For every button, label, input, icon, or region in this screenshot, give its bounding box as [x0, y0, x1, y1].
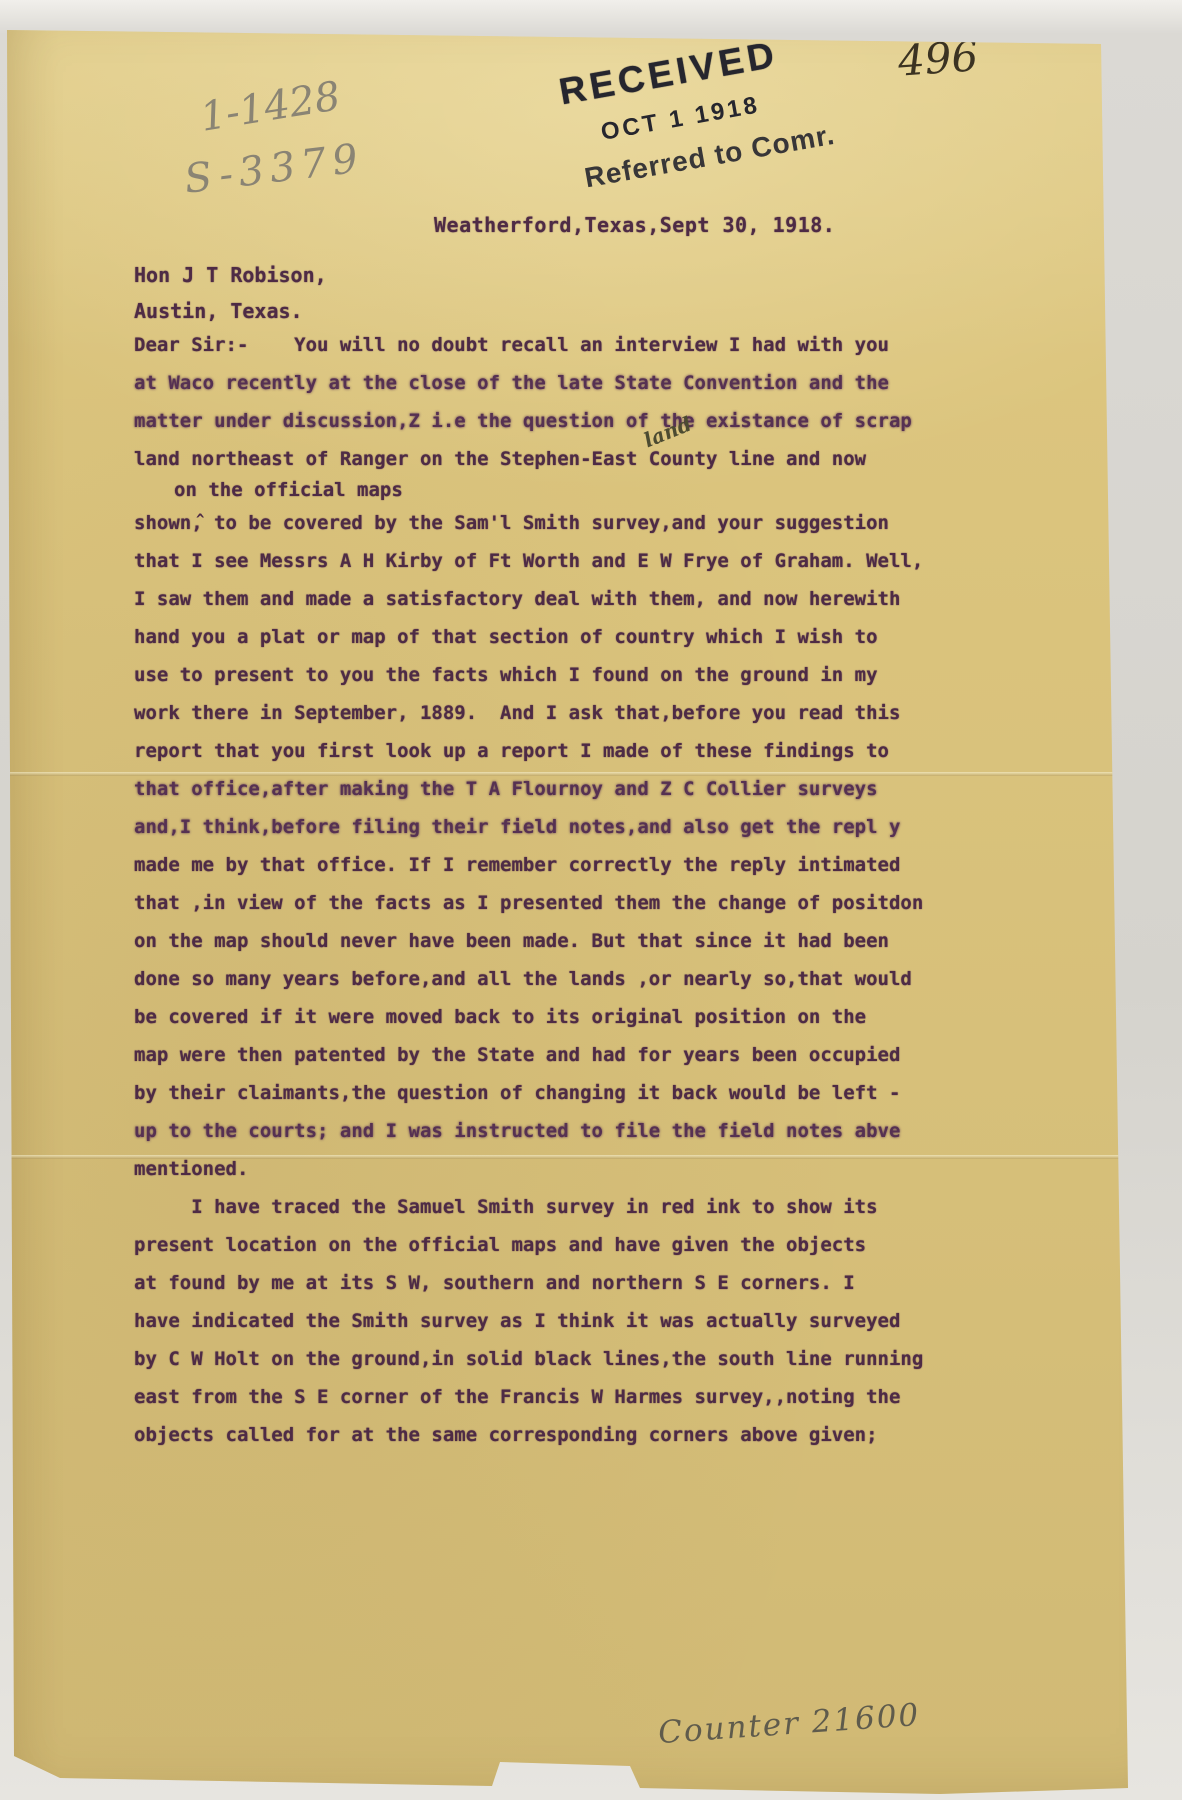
received-stamp: RECEIVED OCT 1 1918 Referred to Comr.	[556, 26, 837, 196]
body-line: matter under discussion,Z i.e the questi…	[134, 402, 923, 440]
body-line: at found by me at its S W, southern and …	[134, 1264, 923, 1302]
body-line: shown, to be covered by the Sam'l Smith …	[134, 504, 923, 542]
body-line: be covered if it were moved back to its …	[134, 998, 923, 1036]
handwritten-counter-note: Counter 21600	[657, 1697, 921, 1751]
body-line: land northeast of Ranger on the Stephen-…	[134, 440, 923, 478]
body-line: and,I think,before filing their field no…	[134, 808, 923, 846]
body-line: Dear Sir:- You will no doubt recall an i…	[134, 326, 923, 364]
body-line: by their claimants,the question of chang…	[134, 1074, 923, 1112]
body-line: on the official maps	[134, 478, 923, 504]
recipient-name: Hon J T Robison,	[134, 257, 327, 293]
body-line: that office,after making the T A Flourno…	[134, 770, 923, 808]
body-line: east from the S E corner of the Francis …	[134, 1378, 923, 1416]
body-line: I have traced the Samuel Smith survey in…	[134, 1188, 923, 1226]
body-line: objects called for at the same correspon…	[134, 1416, 923, 1454]
body-line: at Waco recently at the close of the lat…	[134, 364, 923, 402]
body-line: have indicated the Smith survey as I thi…	[134, 1302, 923, 1340]
body-line: work there in September, 1889. And I ask…	[134, 694, 923, 732]
scanned-letter-page: RECEIVED OCT 1 1918 Referred to Comr. 49…	[0, 0, 1182, 1800]
insertion-caret: ^	[196, 512, 204, 528]
body-line: that I see Messrs A H Kirby of Ft Worth …	[134, 542, 923, 580]
handwritten-file-code-1: 1-1428	[197, 73, 343, 140]
body-line: by C W Holt on the ground,in solid black…	[134, 1340, 923, 1378]
recipient-city: Austin, Texas.	[134, 293, 327, 329]
recipient-address: Hon J T Robison, Austin, Texas.	[134, 257, 327, 329]
body-line: up to the courts; and I was instructed t…	[134, 1112, 923, 1150]
letter-dateline: Weatherford,Texas,Sept 30, 1918.	[434, 213, 835, 237]
body-line: that ,in view of the facts as I presente…	[134, 884, 923, 922]
paper-sheet: RECEIVED OCT 1 1918 Referred to Comr. 49…	[0, 0, 1182, 1800]
body-line: hand you a plat or map of that section o…	[134, 618, 923, 656]
body-line: present location on the official maps an…	[134, 1226, 923, 1264]
body-line: made me by that office. If I remember co…	[134, 846, 923, 884]
handwritten-page-number: 496	[896, 31, 979, 85]
body-line: done so many years before,and all the la…	[134, 960, 923, 998]
letter-body: Dear Sir:- You will no doubt recall an i…	[134, 326, 923, 1454]
body-line: mentioned.	[134, 1150, 923, 1188]
body-line: on the map should never have been made. …	[134, 922, 923, 960]
body-line: report that you first look up a report I…	[134, 732, 923, 770]
body-line: I saw them and made a satisfactory deal …	[134, 580, 923, 618]
body-line: use to present to you the facts which I …	[134, 656, 923, 694]
body-line: map were then patented by the State and …	[134, 1036, 923, 1074]
handwritten-file-code-2: S-3379	[182, 135, 366, 203]
